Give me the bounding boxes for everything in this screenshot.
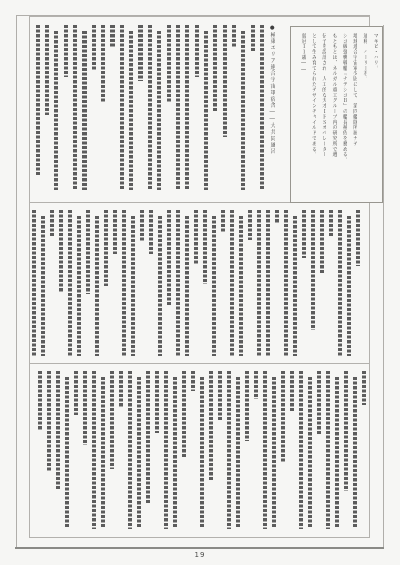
text-column (113, 210, 117, 254)
text-column (155, 371, 159, 433)
profile-line: マキビ・ハリ。 (372, 33, 378, 198)
text-column (245, 371, 249, 441)
text-column (164, 371, 168, 529)
text-column (146, 371, 150, 503)
text-column (68, 210, 72, 356)
text-column (241, 31, 245, 190)
text-column (120, 25, 124, 190)
text-column (200, 377, 204, 527)
text-column (236, 377, 240, 527)
text-column (266, 210, 270, 356)
text-column (82, 31, 86, 190)
text-column (230, 210, 234, 356)
text-column (65, 377, 69, 527)
text-column (157, 31, 161, 190)
text-column (281, 371, 285, 463)
text-column (204, 31, 208, 190)
text-column (338, 210, 342, 356)
profile-line: 地球連合宇宙軍少尉にして、第四艦隊所属ナデ (351, 33, 357, 198)
text-column (101, 25, 105, 103)
text-column (182, 371, 186, 457)
profile-line: として生み育てられたデザインチャイルドである。 (310, 33, 316, 198)
text-column (212, 216, 216, 356)
text-column (195, 25, 199, 77)
text-column (232, 25, 236, 47)
text-column (148, 25, 152, 190)
text-column (209, 371, 213, 481)
scanned-page: マキビ・ハリ。通称、ハーリー君。地球連合宇宙軍少尉にして、第四艦隊所属ナデシコ級… (0, 0, 400, 565)
scene-header: ●極東エリア連合宇宙軍宿舎――大共同風呂 (269, 25, 275, 185)
text-column (95, 216, 99, 356)
text-column (302, 210, 306, 258)
text-column (254, 371, 258, 399)
profile-line: もともとは、ネルガル重工グループ内の研究所で遺 (331, 33, 337, 198)
text-column (45, 25, 49, 115)
text-column (284, 210, 288, 356)
text-column (122, 210, 126, 356)
text-column (317, 371, 321, 435)
text-column (131, 216, 135, 356)
text-column (149, 210, 153, 254)
profile-line: シコ級強襲戦艦『ナデシコＢ』の艦長補佐を務める。 (341, 33, 347, 198)
text-column (92, 25, 96, 71)
text-column (158, 216, 162, 356)
text-column (213, 25, 217, 111)
profile-line: 伝子を設計され、人工的な天才ＩＦＳオペレーター (321, 33, 327, 198)
text-column (218, 371, 222, 421)
text-column (293, 216, 297, 356)
text-column (335, 377, 339, 527)
text-column (110, 371, 114, 469)
text-column (353, 377, 357, 527)
text-column (104, 210, 108, 286)
text-column (77, 216, 81, 356)
text-column (227, 371, 231, 529)
text-column (311, 210, 315, 330)
text-column (260, 25, 264, 190)
text-column (299, 371, 303, 529)
text-column (173, 377, 177, 527)
text-column (74, 371, 78, 415)
text-column (56, 371, 60, 489)
text-column (50, 210, 54, 236)
page-number: 19 (0, 551, 400, 559)
text-column (92, 371, 96, 529)
text-column (308, 377, 312, 527)
text-column (83, 371, 87, 445)
text-column (344, 371, 348, 491)
text-column (257, 210, 261, 356)
text-column (326, 371, 330, 529)
text-column (64, 25, 68, 77)
profile-line: 弱冠１１歳―― (300, 33, 306, 198)
text-column (221, 210, 225, 232)
text-column (356, 210, 360, 266)
text-column (47, 371, 51, 471)
text-column (362, 371, 366, 405)
text-column (41, 216, 45, 356)
text-column (239, 216, 243, 356)
text-column (38, 371, 42, 431)
text-column (251, 25, 255, 51)
text-column (347, 216, 351, 356)
text-column (176, 25, 180, 190)
text-column (185, 216, 189, 356)
text-column (167, 25, 171, 103)
text-column (54, 31, 58, 190)
text-column (275, 210, 279, 224)
footer-rule (15, 547, 384, 549)
text-column (86, 210, 90, 294)
text-column (191, 371, 195, 391)
frame-corner-notch (370, 13, 386, 25)
text-column (36, 25, 40, 175)
text-column (263, 371, 267, 529)
text-column (119, 371, 123, 407)
text-column (110, 25, 114, 47)
text-column (137, 377, 141, 527)
text-column (290, 371, 294, 411)
text-column (129, 31, 133, 190)
text-column (32, 210, 36, 356)
text-column (73, 25, 77, 190)
text-column (223, 25, 227, 137)
text-column (140, 210, 144, 242)
text-column (176, 210, 180, 356)
text-column (194, 210, 198, 264)
text-column (167, 210, 171, 306)
text-column (138, 25, 142, 81)
text-column (329, 210, 333, 236)
text-column (203, 210, 207, 284)
text-column (128, 371, 132, 529)
character-profile-box: マキビ・ハリ。通称、ハーリー君。地球連合宇宙軍少尉にして、第四艦隊所属ナデシコ級… (290, 26, 383, 203)
text-column (101, 377, 105, 527)
text-column (248, 210, 252, 240)
text-column (185, 25, 189, 190)
text-column (272, 377, 276, 527)
text-column (320, 210, 324, 274)
profile-line: 通称、ハーリー君。 (362, 33, 368, 198)
text-column (59, 210, 63, 292)
